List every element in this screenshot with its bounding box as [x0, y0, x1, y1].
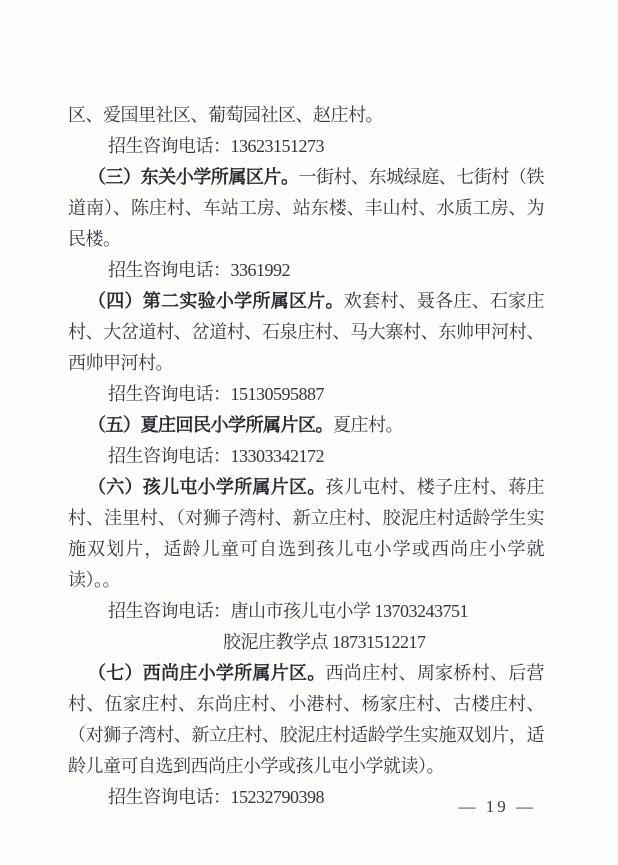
phone-line-haiertun: 招生咨询电话：唐山市孩儿屯小学 13703243751 — [68, 596, 544, 627]
section-6-paragraph: （六）孩儿屯小学所属片区。孩儿屯村、楼子庄村、蒋庄村、洼里村、（对狮子湾村、新立… — [68, 472, 544, 596]
section-7-heading: （七）西尚庄小学所属片区。 — [88, 663, 326, 683]
section-5-heading: （五）夏庄回民小学所属片区。 — [88, 415, 333, 435]
phone-line-no2-experimental: 招生咨询电话：15130595887 — [68, 379, 544, 410]
phone-line-jiaonizhuang: 胶泥庄教学点 18731512217 — [68, 627, 544, 658]
section-7-paragraph: （七）西尚庄小学所属片区。西尚庄村、周家桥村、后营村、伍家庄村、东尚庄村、小港村… — [68, 658, 544, 782]
section-3-paragraph: （三）东关小学所属区片。一街村、东城绿庭、七街村（铁道南）、陈庄村、车站工房、站… — [68, 162, 544, 255]
section-4-paragraph: （四）第二实验小学所属区片。欢套村、聂各庄、石家庄村、大岔道村、岔道村、石泉庄村… — [68, 286, 544, 379]
section-6-heading: （六）孩儿屯小学所属片区。 — [88, 477, 326, 497]
section-3-heading: （三）东关小学所属区片。 — [88, 167, 298, 187]
phone-line-xiazhuang: 招生咨询电话：13303342172 — [68, 441, 544, 472]
document-page: 区、爱国里社区、葡萄园社区、赵庄村。 招生咨询电话：13623151273 （三… — [0, 0, 618, 865]
section-4-heading: （四）第二实验小学所属区片。 — [88, 291, 344, 311]
phone-line-dongguan: 招生咨询电话：3361992 — [68, 255, 544, 286]
page-number: — 19 — — [459, 797, 537, 817]
section-5-body: 夏庄村。 — [333, 415, 403, 435]
document-body: 区、爱国里社区、葡萄园社区、赵庄村。 招生咨询电话：13623151273 （三… — [68, 100, 544, 813]
phone-line-dongguan-prev: 招生咨询电话：13623151273 — [68, 131, 544, 162]
section-5-paragraph: （五）夏庄回民小学所属片区。夏庄村。 — [68, 410, 544, 441]
continuation-paragraph: 区、爱国里社区、葡萄园社区、赵庄村。 — [68, 100, 544, 131]
